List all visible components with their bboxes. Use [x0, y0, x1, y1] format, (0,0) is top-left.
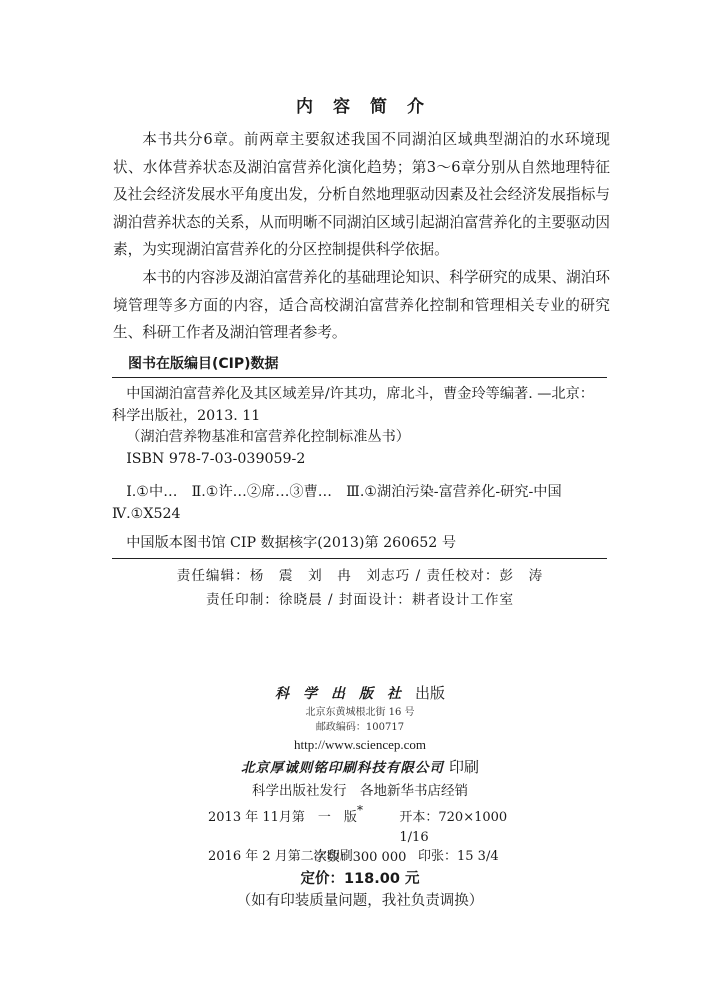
cip-number-block: 中国版本图书馆 CIP 数据核字(2013)第 260652 号 — [112, 533, 608, 555]
credits-editors: 责任编辑：杨 震 刘 冉 刘志巧 / 责任校对：彭 涛 — [0, 564, 720, 588]
cip-heading: 图书在版编目(CIP)数据 — [128, 353, 279, 373]
cip-isbn: ISBN 978-7-03-039059-2 — [112, 449, 608, 471]
format: 开本：720×1000 1/16 — [399, 808, 528, 847]
publisher-address: 北京东黄城根北街 16 号 — [0, 705, 720, 720]
cip-number: 中国版本图书馆 CIP 数据核字(2013)第 260652 号 — [112, 533, 608, 555]
price-block: 字数：300 000 定价：118.00 元 （如有印装质量问题，我社负责调换） — [0, 848, 720, 912]
summary-paragraph: 本书的内容涉及湖泊富营养化的基础理论知识、科学研究的成果、湖泊环境管理等多方面的… — [113, 264, 610, 347]
cip-bottom-rule — [112, 558, 607, 559]
publisher-block: 科学出版社出版 北京东黄城根北街 16 号 邮政编码：100717 http:/… — [0, 682, 720, 818]
publisher-name-calligraphy: 科学出版社 — [275, 686, 415, 702]
specs-row-edition: 2013 年 11月第 一 版 开本：720×1000 1/16 — [208, 808, 528, 847]
cip-subjects: Ⅰ.①中… Ⅱ.①许…②席…③曹… Ⅲ.①湖泊污染-富营养化-研究-中国 Ⅳ.①… — [112, 482, 608, 525]
cip-series: （湖泊营养物基准和富营养化控制标准丛书） — [112, 427, 608, 449]
credits-production: 责任印制：徐晓晨 / 封面设计：耕者设计工作室 — [0, 588, 720, 612]
cip-entry: 中国湖泊富营养化及其区域差异/许其功，席北斗，曹金玲等编著. —北京：科学出版社… — [112, 384, 608, 427]
summary-body: 本书共分6章。前两章主要叙述我国不同湖泊区域典型湖泊的水环境现状、水体营养状态及… — [113, 126, 610, 347]
cip-top-rule — [112, 377, 607, 378]
publisher-url: http://www.sciencep.com — [0, 735, 720, 755]
summary-paragraph: 本书共分6章。前两章主要叙述我国不同湖泊区域典型湖泊的水环境现状、水体营养状态及… — [113, 126, 610, 264]
cip-subjects-block: Ⅰ.①中… Ⅱ.①许…②席…③曹… Ⅲ.①湖泊污染-富营养化-研究-中国 Ⅳ.①… — [112, 482, 608, 525]
publisher-postcode: 邮政编码：100717 — [0, 720, 720, 735]
quality-note: （如有印装质量问题，我社负责调换） — [0, 890, 720, 912]
cip-record: 中国湖泊富营养化及其区域差异/许其功，席北斗，曹金玲等编著. —北京：科学出版社… — [112, 384, 608, 470]
summary-title: 内容简介 — [0, 92, 720, 117]
credits: 责任编辑：杨 震 刘 冉 刘志巧 / 责任校对：彭 涛 责任印制：徐晓晨 / 封… — [0, 564, 720, 612]
word-count: 字数：300 000 — [0, 848, 720, 868]
publisher-name-suffix: 出版 — [415, 684, 445, 702]
edition: 2013 年 11月第 一 版 — [208, 808, 399, 847]
printer-suffix: 印刷 — [449, 758, 479, 776]
printer: 北京厚诚则铭印刷科技有限公司 印刷 — [0, 755, 720, 780]
price: 定价：118.00 元 — [0, 868, 720, 890]
printer-name: 北京厚诚则铭印刷科技有限公司 — [241, 760, 444, 776]
publisher-name: 科学出版社出版 — [0, 682, 720, 705]
distribution: 科学出版社发行 各地新华书店经销 — [0, 780, 720, 802]
